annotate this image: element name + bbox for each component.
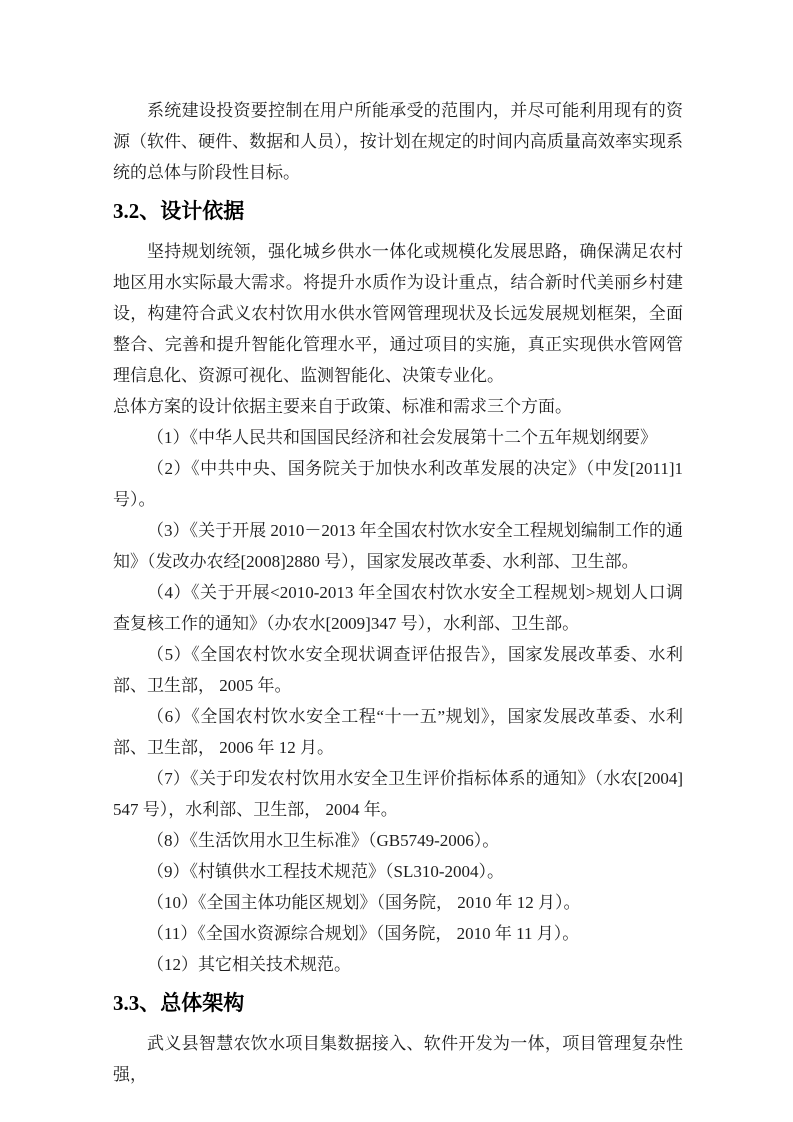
reference-item-7: （7）《关于印发农村饮用水安全卫生评价指标体系的通知》（水农[2004]547 … [113,763,683,825]
section-heading-design-basis: 3.2、设计依据 [113,196,683,226]
reference-item-5: （5）《全国农村饮水安全现状调查评估报告》，国家发展改革委、水利部、卫生部， 2… [113,639,683,701]
design-basis-sources-paragraph: 总体方案的设计依据主要来自于政策、标准和需求三个方面。 [113,391,683,422]
reference-item-6: （6）《全国农村饮水安全工程“十一五”规划》，国家发展改革委、水利部、卫生部， … [113,701,683,763]
reference-item-1: （1）《中华人民共和国国民经济和社会发展第十二个五年规划纲要》 [113,422,683,453]
design-basis-lead-paragraph: 坚持规划统领，强化城乡供水一体化或规模化发展思路，确保满足农村地区用水实际最大需… [113,236,683,391]
reference-item-9: （9）《村镇供水工程技术规范》（SL310-2004）。 [113,856,683,887]
reference-item-10: （10）《全国主体功能区规划》（国务院， 2010 年 12 月）。 [113,887,683,918]
reference-item-12: （12）其它相关技术规范。 [113,949,683,980]
intro-paragraph: 系统建设投资要控制在用户所能承受的范围内，并尽可能利用现有的资源（软件、硬件、数… [113,95,683,188]
architecture-paragraph: 武义县智慧农饮水项目集数据接入、软件开发为一体，项目管理复杂性强， [113,1028,683,1090]
reference-item-11: （11）《全国水资源综合规划》（国务院， 2010 年 11 月）。 [113,918,683,949]
document-page: 系统建设投资要控制在用户所能承受的范围内，并尽可能利用现有的资源（软件、硬件、数… [0,0,793,1122]
reference-item-8: （8）《生活饮用水卫生标准》（GB5749-2006）。 [113,825,683,856]
reference-item-4: （4）《关于开展<2010-2013 年全国农村饮水安全工程规划>规划人口调查复… [113,577,683,639]
reference-item-3: （3）《关于开展 2010－2013 年全国农村饮水安全工程规划编制工作的通知》… [113,515,683,577]
reference-item-2: （2）《中共中央、国务院关于加快水利改革发展的决定》（中发[2011]1 号）。 [113,453,683,515]
section-heading-architecture: 3.3、总体架构 [113,988,683,1018]
